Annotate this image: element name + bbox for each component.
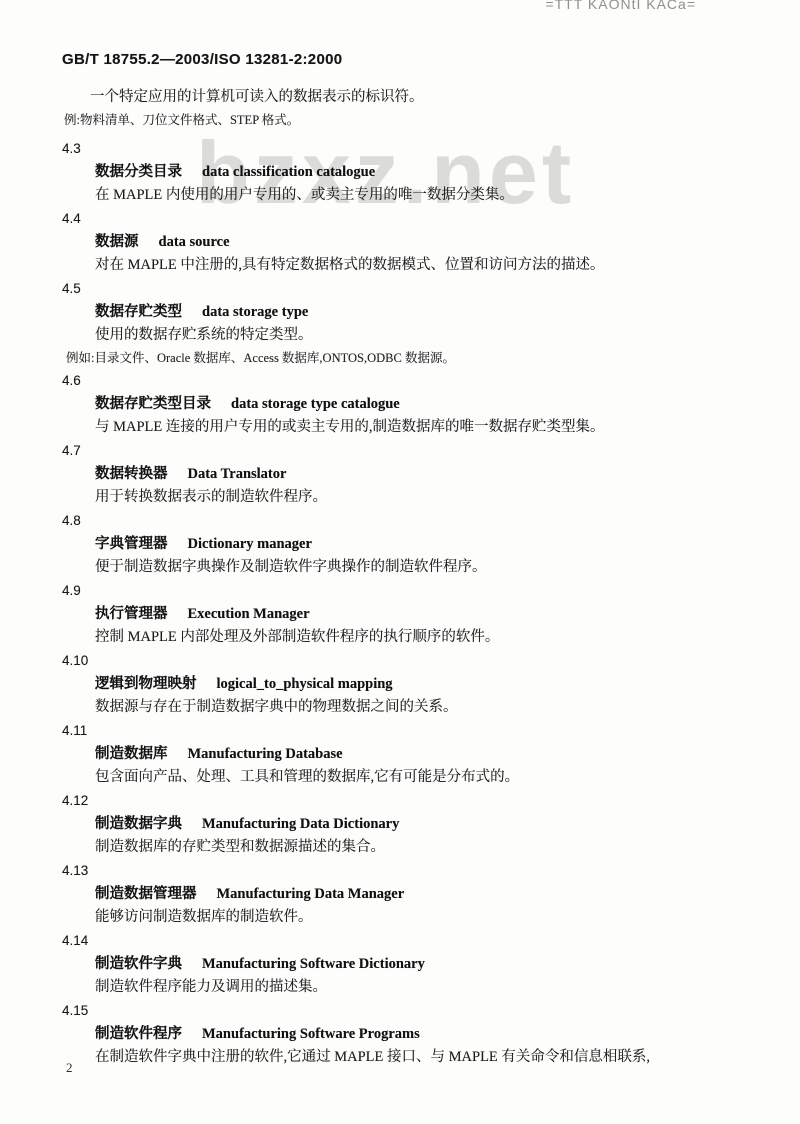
term-line: 制造数据字典Manufacturing Data Dictionary (95, 812, 800, 836)
section-number: 4.8 (62, 509, 800, 532)
term-line: 字典管理器Dictionary manager (95, 532, 800, 556)
term-en: logical_to_physical mapping (217, 676, 393, 692)
term-definition: 制造数据库的存贮类型和数据源描述的集合。 (95, 836, 760, 859)
term-section: 4.8 字典管理器Dictionary manager 便于制造数据字典操作及制… (0, 509, 800, 579)
term-zh: 字典管理器 (95, 536, 168, 552)
term-line: 数据存贮类型目录data storage type catalogue (95, 392, 800, 416)
intro-note: 例:物料清单、刀位文件格式、STEP 格式。 (64, 109, 760, 131)
term-en: Data Translator (188, 466, 287, 482)
term-zh: 数据转换器 (95, 466, 168, 482)
term-en: data storage type catalogue (231, 396, 400, 412)
term-zh: 数据存贮类型 (95, 304, 182, 320)
term-definition: 便于制造数据字典操作及制造软件字典操作的制造软件程序。 (95, 556, 760, 579)
term-en: data storage type (202, 304, 308, 320)
term-en: data classification catalogue (202, 164, 375, 180)
section-number: 4.6 (62, 369, 800, 392)
term-definition: 制造软件程序能力及调用的描述集。 (95, 976, 760, 999)
term-zh: 制造软件程序 (95, 1026, 182, 1042)
term-en: data source (159, 234, 230, 250)
sections: 4.3 数据分类目录data classification catalogue … (0, 137, 800, 1069)
section-number: 4.3 (62, 137, 800, 160)
term-line: 制造软件字典Manufacturing Software Dictionary (95, 952, 800, 976)
term-definition: 用于转换数据表示的制造软件程序。 (95, 486, 760, 509)
term-section: 4.11 制造数据库Manufacturing Database 包含面向产品、… (0, 719, 800, 789)
term-zh: 执行管理器 (95, 606, 168, 622)
term-definition: 与 MAPLE 连接的用户专用的或卖主专用的,制造数据库的唯一数据存贮类型集。 (95, 416, 760, 439)
section-number: 4.7 (62, 439, 800, 462)
doc-number: GB/T 18755.2—2003/ISO 13281-2:2000 (62, 51, 342, 68)
section-number: 4.10 (62, 649, 800, 672)
term-zh: 逻辑到物理映射 (95, 676, 197, 692)
term-zh: 数据存贮类型目录 (95, 396, 211, 412)
term-line: 制造数据管理器Manufacturing Data Manager (95, 882, 800, 906)
term-en: Execution Manager (188, 606, 310, 622)
term-line: 执行管理器Execution Manager (95, 602, 800, 626)
section-number: 4.13 (62, 859, 800, 882)
term-zh: 制造数据字典 (95, 816, 182, 832)
term-note: 例如:目录文件、Oracle 数据库、Access 数据库,ONTOS,ODBC… (66, 347, 760, 369)
term-section: 4.15 制造软件程序Manufacturing Software Progra… (0, 999, 800, 1069)
term-en: Manufacturing Software Dictionary (202, 956, 425, 972)
term-section: 4.3 数据分类目录data classification catalogue … (0, 137, 800, 207)
term-section: 4.4 数据源data source 对在 MAPLE 中注册的,具有特定数据格… (0, 207, 800, 277)
term-zh: 制造软件字典 (95, 956, 182, 972)
scanned-standard-page: =TTT KAONtI KACa= bzxz.net GB/T 18755.2—… (0, 0, 800, 1124)
page-number: 2 (66, 1060, 73, 1076)
section-number: 4.11 (62, 719, 800, 742)
term-zh: 数据分类目录 (95, 164, 182, 180)
section-number: 4.15 (62, 999, 800, 1022)
term-line: 逻辑到物理映射logical_to_physical mapping (95, 672, 800, 696)
term-section: 4.9 执行管理器Execution Manager 控制 MAPLE 内部处理… (0, 579, 800, 649)
term-definition: 使用的数据存贮系统的特定类型。 (95, 324, 760, 347)
term-line: 制造数据库Manufacturing Database (95, 742, 800, 766)
term-section: 4.12 制造数据字典Manufacturing Data Dictionary… (0, 789, 800, 859)
term-section: 4.13 制造数据管理器Manufacturing Data Manager 能… (0, 859, 800, 929)
term-definition: 在制造软件字典中注册的软件,它通过 MAPLE 接口、与 MAPLE 有关命令和… (95, 1046, 760, 1069)
term-en: Manufacturing Data Dictionary (202, 816, 399, 832)
term-line: 制造软件程序Manufacturing Software Programs (95, 1022, 800, 1046)
section-number: 4.4 (62, 207, 800, 230)
term-section: 4.7 数据转换器Data Translator 用于转换数据表示的制造软件程序… (0, 439, 800, 509)
section-number: 4.14 (62, 929, 800, 952)
term-zh: 数据源 (95, 234, 139, 250)
term-definition: 数据源与存在于制造数据字典中的物理数据之间的关系。 (95, 696, 760, 719)
section-number: 4.5 (62, 277, 800, 300)
term-definition: 能够访问制造数据库的制造软件。 (95, 906, 760, 929)
term-line: 数据转换器Data Translator (95, 462, 800, 486)
term-section: 4.6 数据存贮类型目录data storage type catalogue … (0, 369, 800, 439)
term-zh: 制造数据管理器 (95, 886, 197, 902)
term-definition: 对在 MAPLE 中注册的,具有特定数据格式的数据模式、位置和访问方法的描述。 (95, 254, 760, 277)
section-number: 4.9 (62, 579, 800, 602)
intro-line: 一个特定应用的计算机可读入的数据表示的标识符。 (90, 86, 760, 109)
term-line: 数据源data source (95, 230, 800, 254)
term-definition: 控制 MAPLE 内部处理及外部制造软件程序的执行顺序的软件。 (95, 626, 760, 649)
term-en: Manufacturing Database (188, 746, 343, 762)
term-en: Manufacturing Data Manager (217, 886, 405, 902)
section-number: 4.12 (62, 789, 800, 812)
term-line: 数据分类目录data classification catalogue (95, 160, 800, 184)
term-section: 4.5 数据存贮类型data storage type 使用的数据存贮系统的特定… (0, 277, 800, 369)
page-content: 一个特定应用的计算机可读入的数据表示的标识符。 例:物料清单、刀位文件格式、ST… (0, 86, 800, 1069)
term-definition: 在 MAPLE 内使用的用户专用的、或卖主专用的唯一数据分类集。 (95, 184, 760, 207)
scan-artifact-text: =TTT KAONtI KACa= (545, 0, 696, 12)
term-section: 4.14 制造软件字典Manufacturing Software Dictio… (0, 929, 800, 999)
term-zh: 制造数据库 (95, 746, 168, 762)
term-en: Manufacturing Software Programs (202, 1026, 420, 1042)
term-definition: 包含面向产品、处理、工具和管理的数据库,它有可能是分布式的。 (95, 766, 760, 789)
term-en: Dictionary manager (188, 536, 312, 552)
term-section: 4.10 逻辑到物理映射logical_to_physical mapping … (0, 649, 800, 719)
term-line: 数据存贮类型data storage type (95, 300, 800, 324)
